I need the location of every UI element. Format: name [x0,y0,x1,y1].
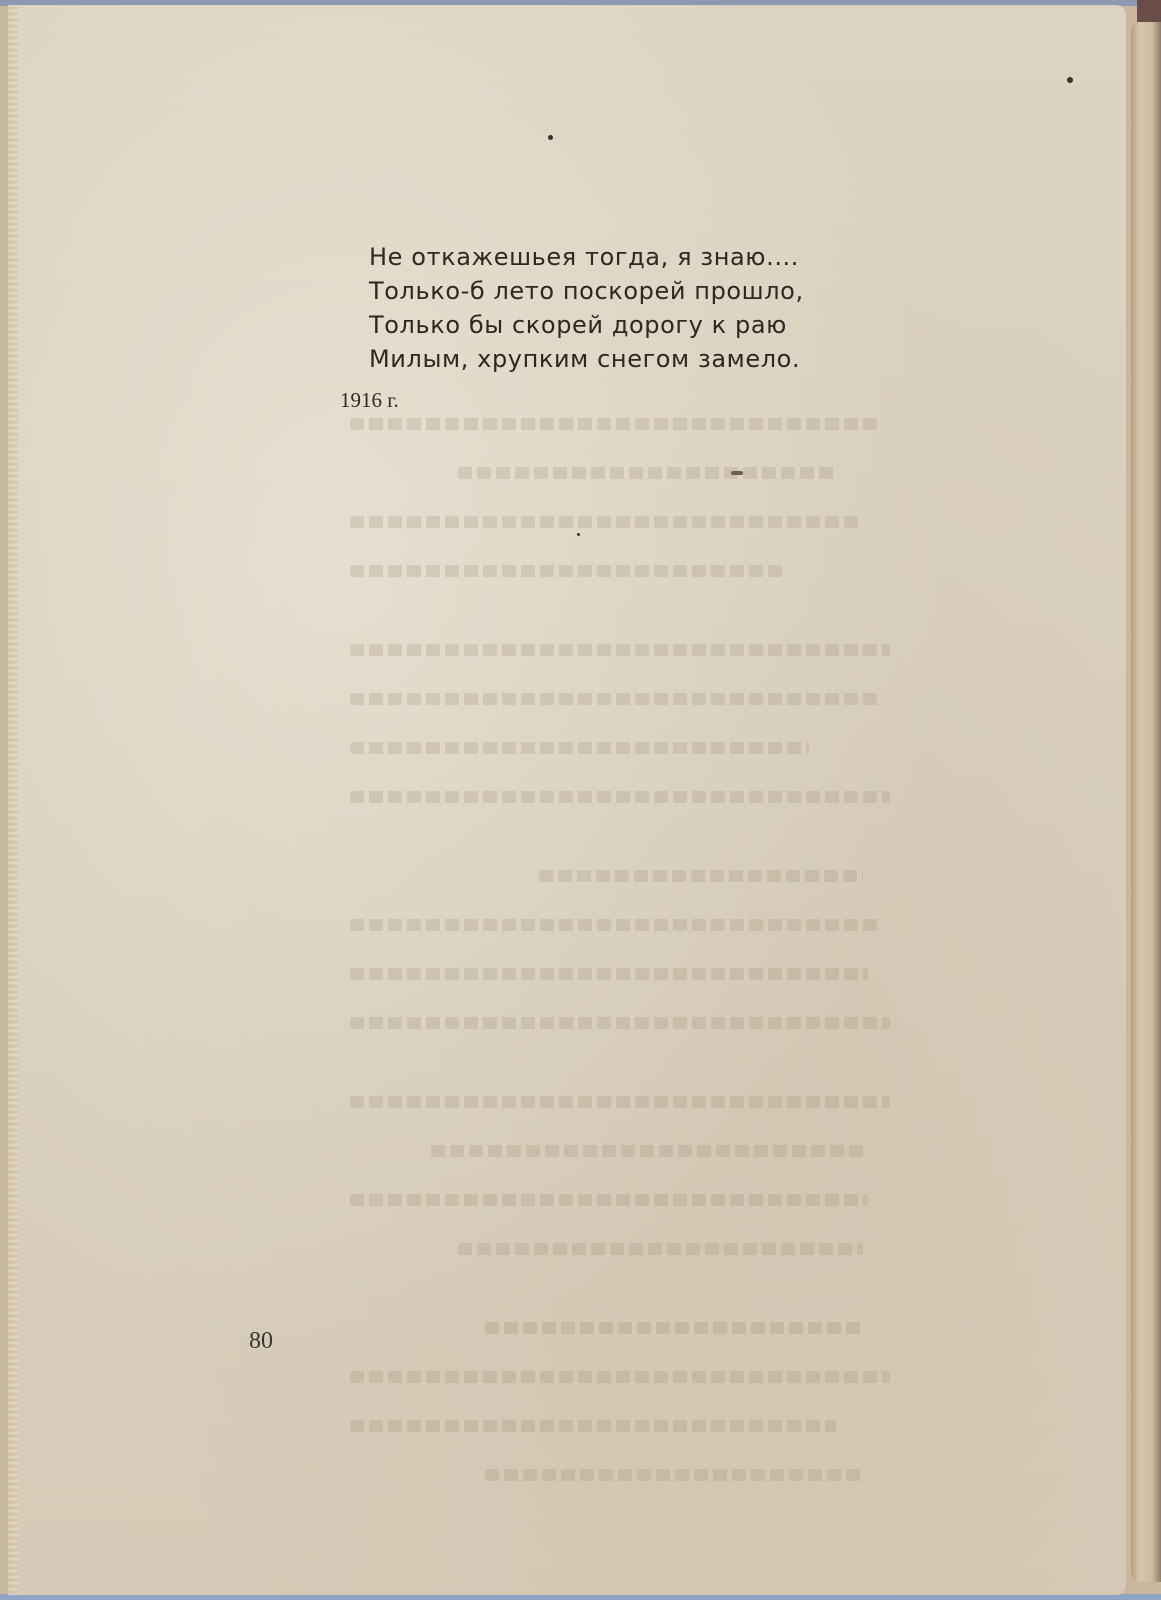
paper-speck [548,135,553,140]
poem-line: Только бы скорей дорогу к раю [369,308,889,342]
page-deckled-edge [8,5,18,1595]
poem-line: Только-б лето поскорей прошло, [369,274,889,308]
poem-date: 1916 г. [340,388,399,413]
book-cover-corner [1137,0,1161,24]
paper-speck [577,533,580,536]
page-number: 80 [249,1328,273,1355]
paper-speck [1067,77,1073,83]
poem-line: Милым, хрупким снегом замело. [369,342,889,376]
poem-line: Не откажешьея тогда, я знаю.... [369,240,889,274]
book-binding-edge [1131,22,1161,1582]
show-through-text [350,418,890,1278]
poem-stanza: Не откажешьея тогда, я знаю.... Только-б… [369,240,889,376]
paper-speck [731,471,743,475]
